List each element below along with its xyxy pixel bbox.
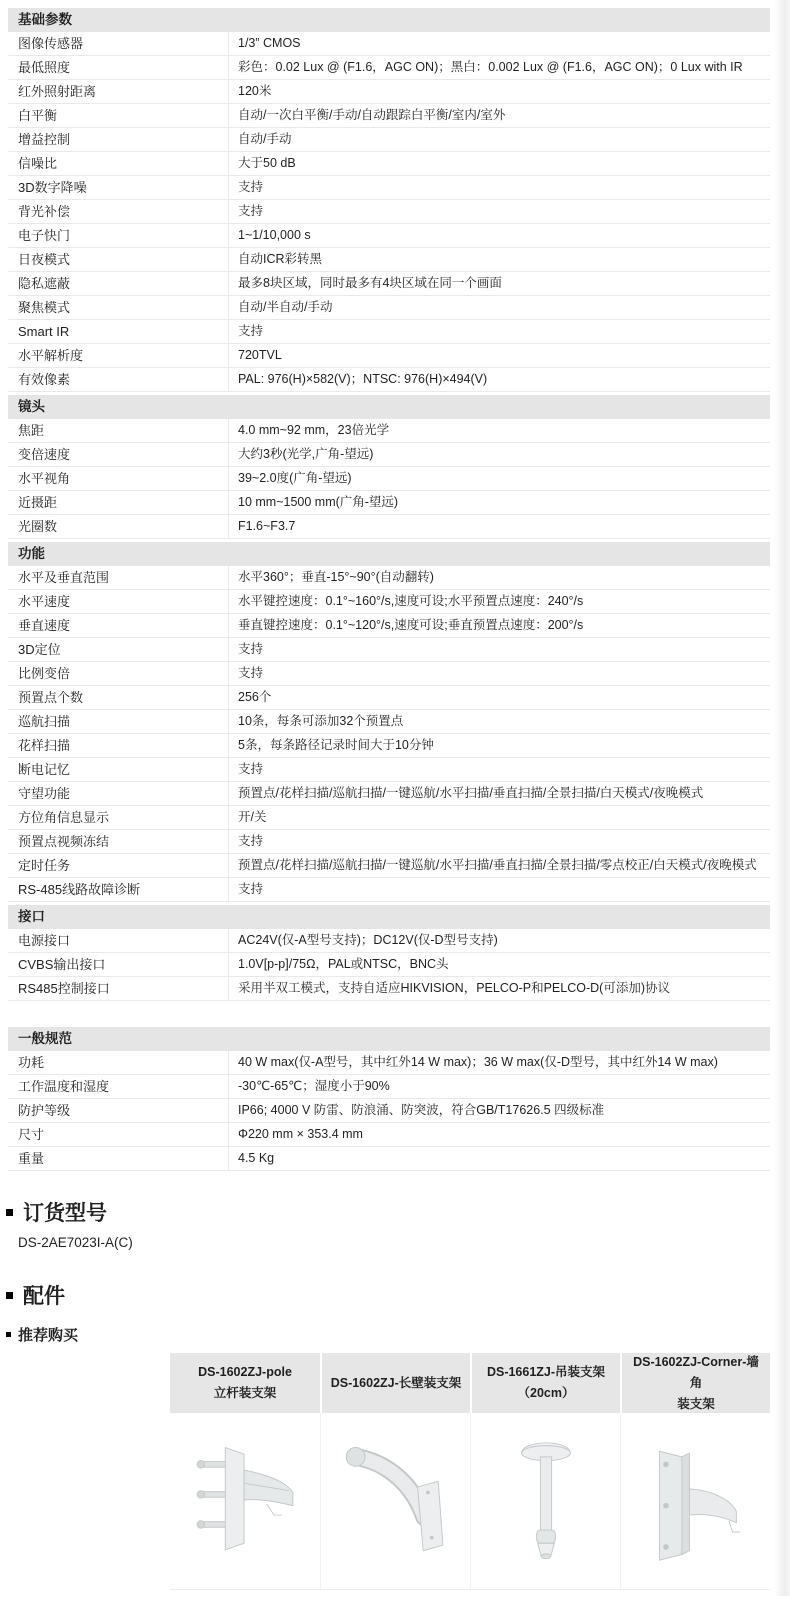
spec-value: 10 mm~1500 mm(广角-望远) — [229, 491, 770, 514]
spec-value: 支持 — [229, 320, 770, 343]
spec-row: 水平及垂直范围水平360°；垂直-15°~90°(自动翻转) — [8, 566, 770, 590]
spec-row: 红外照射距离120米 — [8, 80, 770, 104]
accessory-item: DS-1602ZJ-pole 立杆装支架 — [170, 1353, 320, 1590]
spec-label: 电子快门 — [8, 224, 229, 247]
spec-row: 3D定位支持 — [8, 638, 770, 662]
spec-value: 支持 — [229, 662, 770, 685]
accessory-name-line1: DS-1602ZJ-pole — [175, 1362, 315, 1383]
spec-row: 有效像素PAL: 976(H)×582(V)；NTSC: 976(H)×494(… — [8, 368, 770, 392]
order-model-heading: 订货型号 — [6, 1197, 790, 1227]
spec-label: 变倍速度 — [8, 443, 229, 466]
spec-label: RS485控制接口 — [8, 977, 229, 1000]
spec-label: 红外照射距离 — [8, 80, 229, 103]
spec-row: 工作温度和湿度-30℃-65℃；湿度小于90% — [8, 1075, 770, 1099]
spec-value: 大约3秒(光学,广角-望远) — [229, 443, 770, 466]
spec-row: 变倍速度大约3秒(光学,广角-望远) — [8, 443, 770, 467]
spec-row: 电子快门1~1/10,000 s — [8, 224, 770, 248]
section-lens: 镜头 焦距4.0 mm~92 mm，23倍光学 变倍速度大约3秒(光学,广角-望… — [8, 395, 770, 539]
accessory-name-line2: 立杆装支架 — [175, 1383, 315, 1404]
section-interfaces: 接口 电源接口AC24V(仅-A型号支持)；DC12V(仅-D型号支持) CVB… — [8, 905, 770, 1001]
spec-row: 功耗40 W max(仅-A型号，其中红外14 W max)；36 W max(… — [8, 1051, 770, 1075]
accessory-name-line1: DS-1602ZJ-长壁装支架 — [327, 1373, 465, 1394]
spec-label: RS-485线路故障诊断 — [8, 878, 229, 901]
spec-row: 水平视角39~2.0度(广角-望远) — [8, 467, 770, 491]
spec-label: 电源接口 — [8, 929, 229, 952]
spec-row: 光圈数F1.6~F3.7 — [8, 515, 770, 539]
spec-row: 定时任务预置点/花样扫描/巡航扫描/一键巡航/水平扫描/垂直扫描/全景扫描/零点… — [8, 854, 770, 878]
spec-label: 花样扫描 — [8, 734, 229, 757]
spec-label: 守望功能 — [8, 782, 229, 805]
spec-row: 日夜模式自动ICR彩转黑 — [8, 248, 770, 272]
spec-label: 信噪比 — [8, 152, 229, 175]
order-model-value: DS-2AE7023I-A(C) — [18, 1235, 790, 1250]
accessory-name-line1: DS-1602ZJ-Corner-墙角 — [627, 1352, 765, 1394]
spec-label: 有效像素 — [8, 368, 229, 391]
spec-label: 重量 — [8, 1147, 229, 1170]
accessory-name: DS-1602ZJ-长壁装支架 — [320, 1353, 470, 1413]
spec-label: CVBS输出接口 — [8, 953, 229, 976]
spec-value: 支持 — [229, 758, 770, 781]
spec-value: 预置点/花样扫描/巡航扫描/一键巡航/水平扫描/垂直扫描/全景扫描/白天模式/夜… — [229, 782, 770, 805]
spec-row: Smart IR支持 — [8, 320, 770, 344]
spec-label: 尺寸 — [8, 1123, 229, 1146]
spec-row: 增益控制自动/手动 — [8, 128, 770, 152]
accessories-heading-text: 配件 — [23, 1280, 65, 1310]
spec-value: 1~1/10,000 s — [229, 224, 770, 247]
spec-value: 大于50 dB — [229, 152, 770, 175]
spec-label: 增益控制 — [8, 128, 229, 151]
spec-row: 方位角信息显示开/关 — [8, 806, 770, 830]
spec-value: 120米 — [229, 80, 770, 103]
section-general-specs: 一般规范 功耗40 W max(仅-A型号，其中红外14 W max)；36 W… — [8, 1027, 770, 1171]
spec-label: 水平视角 — [8, 467, 229, 490]
spec-label: 垂直速度 — [8, 614, 229, 637]
spec-label: 比例变倍 — [8, 662, 229, 685]
accessories-heading: 配件 — [6, 1280, 790, 1310]
spec-label: 图像传感器 — [8, 32, 229, 55]
section-basic-params: 基础参数 图像传感器1/3” CMOS 最低照度彩色：0.02 Lux @ (F… — [8, 8, 770, 392]
square-bullet-icon — [6, 1332, 11, 1337]
spec-label: 近摄距 — [8, 491, 229, 514]
spec-value: 256个 — [229, 686, 770, 709]
pole-mount-bracket-image — [170, 1413, 320, 1590]
spec-label: 3D定位 — [8, 638, 229, 661]
spec-value: 水平键控速度：0.1°~160°/s,速度可设;水平预置点速度：240°/s — [229, 590, 770, 613]
spec-row: 信噪比大于50 dB — [8, 152, 770, 176]
spec-label: 水平解析度 — [8, 344, 229, 367]
spec-value: 4.5 Kg — [229, 1147, 770, 1170]
spec-label: 水平及垂直范围 — [8, 566, 229, 589]
spec-value: 支持 — [229, 878, 770, 901]
spec-row: 3D数字降噪支持 — [8, 176, 770, 200]
spec-row: 预置点个数256个 — [8, 686, 770, 710]
recommended-purchase-heading: 推荐购买 — [6, 1324, 790, 1345]
spec-row: 电源接口AC24V(仅-A型号支持)；DC12V(仅-D型号支持) — [8, 929, 770, 953]
spec-label: 工作温度和湿度 — [8, 1075, 229, 1098]
spec-row: 最低照度彩色：0.02 Lux @ (F1.6，AGC ON)；黑白：0.002… — [8, 56, 770, 80]
spec-value: 水平360°；垂直-15°~90°(自动翻转) — [229, 566, 770, 589]
spec-row: CVBS输出接口1.0V[p-p]/75Ω，PAL或NTSC，BNC头 — [8, 953, 770, 977]
spec-value: 支持 — [229, 176, 770, 199]
recommended-purchase-heading-text: 推荐购买 — [18, 1324, 78, 1345]
accessory-name-line2: （20cm） — [477, 1383, 615, 1404]
spec-label: 白平衡 — [8, 104, 229, 127]
spec-label: 水平速度 — [8, 590, 229, 613]
spec-label: 功耗 — [8, 1051, 229, 1074]
section-functions: 功能 水平及垂直范围水平360°；垂直-15°~90°(自动翻转) 水平速度水平… — [8, 542, 770, 902]
spec-row: 近摄距10 mm~1500 mm(广角-望远) — [8, 491, 770, 515]
spec-row: 预置点视频冻结支持 — [8, 830, 770, 854]
spec-label: 焦距 — [8, 419, 229, 442]
spec-value: 自动/半自动/手动 — [229, 296, 770, 319]
spec-value: 支持 — [229, 200, 770, 223]
spec-value: 720TVL — [229, 344, 770, 367]
spec-label: 日夜模式 — [8, 248, 229, 271]
spec-value: PAL: 976(H)×582(V)；NTSC: 976(H)×494(V) — [229, 368, 770, 391]
spec-value: 10条，每条可添加32个预置点 — [229, 710, 770, 733]
spec-value: IP66; 4000 V 防雷、防浪涌、防突波，符合GB/T17626.5 四级… — [229, 1099, 770, 1122]
corner-mount-bracket-image — [620, 1413, 770, 1590]
accessory-name-line1: DS-1661ZJ-吊装支架 — [477, 1362, 615, 1383]
spec-label: 光圈数 — [8, 515, 229, 538]
spec-value: 自动/一次白平衡/手动/自动跟踪白平衡/室内/室外 — [229, 104, 770, 127]
spec-row: 焦距4.0 mm~92 mm，23倍光学 — [8, 419, 770, 443]
wall-mount-bracket-image — [320, 1413, 470, 1590]
spec-row: 尺寸Φ220 mm × 353.4 mm — [8, 1123, 770, 1147]
spec-value: 最多8块区域，同时最多有4块区域在同一个画面 — [229, 272, 770, 295]
order-model-heading-text: 订货型号 — [23, 1197, 107, 1227]
spec-value: 垂直键控速度：0.1°~120°/s,速度可设;垂直预置点速度：200°/s — [229, 614, 770, 637]
spec-value: 彩色：0.02 Lux @ (F1.6，AGC ON)；黑白：0.002 Lux… — [229, 56, 770, 79]
spec-row: 花样扫描5条，每条路径记录时间大于10分钟 — [8, 734, 770, 758]
section-header: 镜头 — [8, 395, 770, 419]
accessory-item: DS-1602ZJ-Corner-墙角 装支架 — [620, 1353, 770, 1590]
spec-row: 图像传感器1/3” CMOS — [8, 32, 770, 56]
spec-row: 垂直速度垂直键控速度：0.1°~120°/s,速度可设;垂直预置点速度：200°… — [8, 614, 770, 638]
spec-row: 水平解析度720TVL — [8, 344, 770, 368]
page-right-shadow — [774, 0, 790, 1596]
spec-value: 开/关 — [229, 806, 770, 829]
spec-value: 自动/手动 — [229, 128, 770, 151]
pendant-mount-bracket-image — [470, 1413, 620, 1590]
product-spec-page: 基础参数 图像传感器1/3” CMOS 最低照度彩色：0.02 Lux @ (F… — [0, 0, 790, 1605]
spec-row: 水平速度水平键控速度：0.1°~160°/s,速度可设;水平预置点速度：240°… — [8, 590, 770, 614]
spec-value: 1/3” CMOS — [229, 32, 770, 55]
spec-value: 39~2.0度(广角-望远) — [229, 467, 770, 490]
spec-row: 比例变倍支持 — [8, 662, 770, 686]
spec-label: Smart IR — [8, 320, 229, 343]
section-header: 一般规范 — [8, 1027, 770, 1051]
accessory-name: DS-1602ZJ-pole 立杆装支架 — [170, 1353, 320, 1413]
spec-value: -30℃-65℃；湿度小于90% — [229, 1075, 770, 1098]
spec-row: 背光补偿支持 — [8, 200, 770, 224]
spec-label: 防护等级 — [8, 1099, 229, 1122]
accessory-name: DS-1661ZJ-吊装支架 （20cm） — [470, 1353, 620, 1413]
spec-label: 定时任务 — [8, 854, 229, 877]
spec-label: 方位角信息显示 — [8, 806, 229, 829]
accessory-item: DS-1602ZJ-长壁装支架 — [320, 1353, 470, 1590]
spec-label: 巡航扫描 — [8, 710, 229, 733]
spec-label: 预置点个数 — [8, 686, 229, 709]
spec-value: 支持 — [229, 638, 770, 661]
spec-value: 40 W max(仅-A型号，其中红外14 W max)；36 W max(仅-… — [229, 1051, 770, 1074]
spec-label: 隐私遮蔽 — [8, 272, 229, 295]
spec-row: RS485控制接口采用半双工模式，支持自适应HIKVISION，PELCO-P和… — [8, 977, 770, 1001]
spec-value: 采用半双工模式，支持自适应HIKVISION，PELCO-P和PELCO-D(可… — [229, 977, 770, 1000]
accessory-name: DS-1602ZJ-Corner-墙角 装支架 — [620, 1353, 770, 1413]
square-bullet-icon — [6, 1292, 13, 1299]
spec-value: 5条，每条路径记录时间大于10分钟 — [229, 734, 770, 757]
section-header: 功能 — [8, 542, 770, 566]
spec-value: Φ220 mm × 353.4 mm — [229, 1123, 770, 1146]
spec-row: 聚焦模式自动/半自动/手动 — [8, 296, 770, 320]
spec-row: 断电记忆支持 — [8, 758, 770, 782]
spec-label: 聚焦模式 — [8, 296, 229, 319]
spec-label: 预置点视频冻结 — [8, 830, 229, 853]
spec-row: 防护等级IP66; 4000 V 防雷、防浪涌、防突波，符合GB/T17626.… — [8, 1099, 770, 1123]
accessories-table: DS-1602ZJ-pole 立杆装支架 — [170, 1353, 770, 1590]
spec-label: 背光补偿 — [8, 200, 229, 223]
spec-value: AC24V(仅-A型号支持)；DC12V(仅-D型号支持) — [229, 929, 770, 952]
spec-label: 断电记忆 — [8, 758, 229, 781]
spec-value: 自动ICR彩转黑 — [229, 248, 770, 271]
spec-label: 3D数字降噪 — [8, 176, 229, 199]
section-header: 基础参数 — [8, 8, 770, 32]
spec-value: 4.0 mm~92 mm，23倍光学 — [229, 419, 770, 442]
spec-value: F1.6~F3.7 — [229, 515, 770, 538]
spec-value: 支持 — [229, 830, 770, 853]
spec-label: 最低照度 — [8, 56, 229, 79]
accessory-name-line2: 装支架 — [627, 1394, 765, 1415]
accessory-item: DS-1661ZJ-吊装支架 （20cm） — [470, 1353, 620, 1590]
spec-row: 重量4.5 Kg — [8, 1147, 770, 1171]
spec-row: 守望功能预置点/花样扫描/巡航扫描/一键巡航/水平扫描/垂直扫描/全景扫描/白天… — [8, 782, 770, 806]
spec-row: 隐私遮蔽最多8块区域，同时最多有4块区域在同一个画面 — [8, 272, 770, 296]
spec-table: 基础参数 图像传感器1/3” CMOS 最低照度彩色：0.02 Lux @ (F… — [8, 8, 770, 1171]
square-bullet-icon — [6, 1209, 13, 1216]
spec-row: RS-485线路故障诊断支持 — [8, 878, 770, 902]
section-header: 接口 — [8, 905, 770, 929]
spec-value: 1.0V[p-p]/75Ω，PAL或NTSC，BNC头 — [229, 953, 770, 976]
spec-row: 白平衡自动/一次白平衡/手动/自动跟踪白平衡/室内/室外 — [8, 104, 770, 128]
spec-row: 巡航扫描10条，每条可添加32个预置点 — [8, 710, 770, 734]
spec-value: 预置点/花样扫描/巡航扫描/一键巡航/水平扫描/垂直扫描/全景扫描/零点校正/白… — [229, 854, 770, 877]
